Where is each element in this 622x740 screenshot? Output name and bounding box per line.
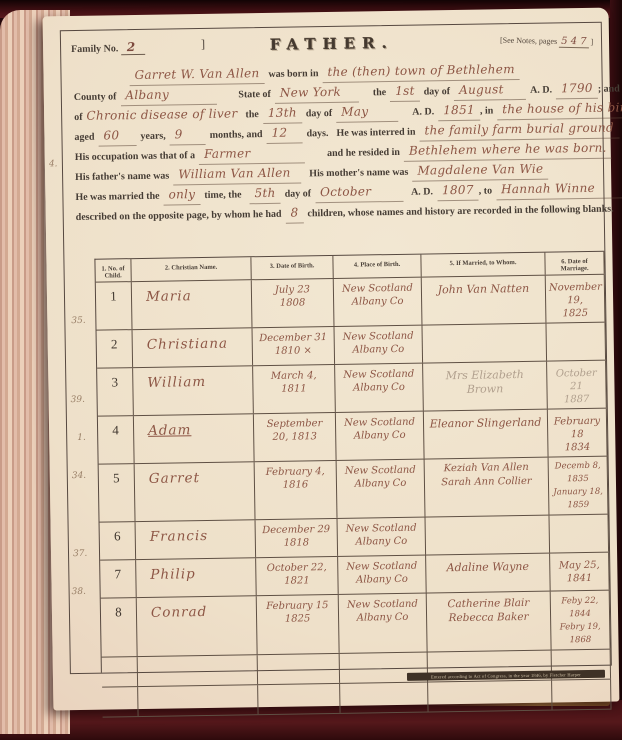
- cell-date-of-birth: December 31 1810 ×: [253, 327, 336, 365]
- grandfather-name: William Van Allen: [173, 163, 301, 185]
- register-page: Family No. 2 ] FATHER. [See Notes, pages…: [43, 8, 620, 711]
- cell-place-of-birth: New Scotland Albany Co: [336, 412, 425, 460]
- col-header-place-of-birth: 4. Place of Birth.: [333, 255, 421, 278]
- margin-number: 38.: [72, 587, 86, 597]
- residence-place: Bethlehem where he was born.: [404, 139, 612, 162]
- cell-date-of-birth: March 4, 1811: [253, 365, 336, 413]
- cell-date-of-marriage: Feby 22, 1844 Febry 19, 1868: [551, 591, 611, 650]
- empty-cell: [428, 681, 552, 712]
- cell-date-of-birth: December 29 1818: [256, 519, 339, 557]
- father-full-name: Garret W. Van Allen: [129, 64, 264, 86]
- cell-christian-name: Maria: [132, 280, 253, 329]
- cell-child-no: 4: [98, 416, 135, 464]
- table-row: 3 William March 4, 1811 New Scotland Alb…: [97, 361, 607, 417]
- cell-child-no: 8: [101, 598, 138, 657]
- day-of-label-2: day of: [306, 104, 333, 123]
- margin-number: 39.: [71, 395, 85, 405]
- died-label: ; and died: [598, 79, 622, 99]
- empty-cell: [102, 687, 138, 717]
- grandmother-name: Magdalene Van Wie: [412, 160, 548, 182]
- state-label: State of: [238, 85, 271, 105]
- death-place: the house of his birth.: [497, 98, 622, 120]
- cell-christian-name: Christiana: [133, 328, 254, 367]
- empty-cell: [258, 684, 340, 714]
- margin-number: 37.: [73, 549, 87, 559]
- empty-cell: [552, 680, 611, 710]
- years-label: years,: [140, 127, 166, 146]
- paragraph-margin-note: 4.: [49, 159, 58, 169]
- cell-christian-name: Francis: [136, 520, 257, 559]
- empty-cell: [138, 655, 258, 686]
- married-times: only: [163, 185, 200, 206]
- cell-date-of-birth: September 20, 1813: [254, 413, 337, 461]
- death-year: 1851: [438, 101, 480, 122]
- cell-married-to: Mrs Elizabeth Brown: [423, 362, 548, 411]
- marriage-day: 5th: [249, 184, 280, 204]
- spouse-name: Hannah Winne: [496, 178, 622, 200]
- aged-years: 60: [98, 126, 136, 147]
- ad-label-2: A. D.: [412, 102, 434, 121]
- county-value: Albany: [120, 85, 216, 107]
- table-row: 1 Maria July 23 1808 New Scotland Albany…: [96, 275, 606, 331]
- death-month: May: [336, 102, 398, 123]
- cell-married-to: Eleanor Slingerland: [424, 410, 549, 459]
- empty-cell: [258, 654, 340, 684]
- day-of-label-3: day of: [285, 184, 312, 203]
- col-header-if-married: 5. If Married, to Whom.: [421, 253, 545, 277]
- empty-cell: [138, 685, 258, 716]
- cell-child-no: 1: [96, 282, 133, 330]
- father-name-label: His father's name was: [75, 167, 169, 187]
- the-label-2: the: [245, 105, 259, 124]
- days-label: days.: [306, 124, 328, 143]
- in-label: , in: [480, 101, 494, 120]
- cell-date-of-birth: February 15 1825: [257, 595, 340, 654]
- cell-married-to: Catherine Blair Rebecca Baker: [427, 592, 552, 652]
- cell-child-no: 3: [97, 368, 134, 416]
- cell-married-to: Keziah Van Allen Sarah Ann Collier: [425, 458, 550, 517]
- col-header-child-no: 1. No. of Child.: [95, 259, 131, 282]
- marriage-year: 1807: [437, 181, 479, 202]
- see-notes-reference: [See Notes, pages 5 4 7 ]: [500, 35, 593, 48]
- described-post-label: children, whose names and history are re…: [307, 200, 613, 224]
- resided-label: and he resided in: [327, 143, 400, 163]
- described-pre-label: described on the opposite page, by whom …: [76, 205, 282, 227]
- cell-date-of-birth: July 23 1808: [252, 279, 335, 327]
- cell-married-to: [422, 324, 547, 363]
- see-notes-pages: 5 4 7: [559, 36, 589, 49]
- col-header-date-of-birth: 3. Date of Birth.: [251, 256, 333, 279]
- cell-place-of-birth: New Scotland Albany Co: [335, 364, 424, 412]
- copyright-text: Entered according to Act of Congress, in…: [431, 672, 581, 679]
- occupation-value: Farmer: [199, 143, 305, 165]
- cell-date-of-marriage: November 19, 1825: [546, 275, 606, 323]
- cell-child-no: 6: [100, 522, 137, 560]
- of-label: of: [74, 108, 83, 127]
- state-value: New York: [275, 83, 359, 104]
- margin-number: 35.: [71, 316, 85, 326]
- cell-christian-name: Philip: [136, 558, 257, 597]
- birth-day: 1st: [390, 82, 420, 102]
- ad-label: A. D.: [530, 80, 552, 99]
- empty-cell: [340, 683, 428, 713]
- margin-number: 1.: [77, 433, 86, 443]
- children-count: 8: [285, 203, 303, 223]
- aged-months: 9: [170, 125, 206, 146]
- margin-number: 34.: [72, 471, 86, 481]
- col-header-christian-name: 2. Christian Name.: [131, 257, 251, 281]
- birth-year: 1790: [556, 79, 598, 100]
- death-day: 13th: [263, 103, 302, 124]
- empty-cell: [102, 657, 138, 687]
- cell-christian-name: Adam: [134, 414, 255, 463]
- cell-married-to: [426, 516, 551, 555]
- months-label: months, and: [210, 125, 263, 145]
- cell-place-of-birth: New Scotland Albany Co: [334, 326, 423, 364]
- birth-month: August: [454, 80, 526, 101]
- cell-date-of-birth: February 4, 1816: [255, 461, 338, 519]
- interred-label: He was interred in: [336, 123, 415, 143]
- the-label: the: [373, 83, 387, 102]
- ad-label-3: A. D.: [411, 182, 433, 201]
- cell-married-to: John Van Natten: [422, 276, 547, 325]
- biography-form: Garret W. Van Allen was born in the (the…: [73, 59, 593, 227]
- cell-place-of-birth: New Scotland Albany Co: [339, 594, 428, 653]
- page-border-box: Family No. 2 ] FATHER. [See Notes, pages…: [60, 22, 612, 674]
- table-row: 8 Conrad February 15 1825 New Scotland A…: [101, 591, 611, 658]
- occupation-label: His occupation was that of a: [75, 146, 196, 167]
- cell-date-of-marriage: February 18 1834: [548, 409, 608, 457]
- married-label: He was married the: [75, 187, 159, 207]
- col-header-date-of-marriage: 6. Date of Marriage.: [545, 252, 604, 275]
- aged-label: aged: [74, 128, 94, 147]
- cell-date-of-marriage: [549, 515, 609, 553]
- cell-christian-name: William: [133, 366, 254, 415]
- see-notes-close: ]: [590, 37, 593, 46]
- cell-date-of-marriage: [546, 323, 606, 361]
- cell-child-no: 7: [100, 560, 137, 598]
- time-label: time, the: [204, 185, 242, 205]
- born-label: was born in: [268, 64, 318, 84]
- book-photo: Family No. 2 ] FATHER. [See Notes, pages…: [0, 0, 622, 740]
- see-notes-label: [See Notes, pages: [500, 36, 557, 46]
- table-row: 4 Adam September 20, 1813 New Scotland A…: [98, 409, 608, 465]
- cell-place-of-birth: New Scotland Albany Co: [334, 278, 423, 326]
- county-label: County of: [74, 87, 117, 107]
- cell-date-of-marriage: Decemb 8, 1835 January 18, 1859: [549, 457, 609, 515]
- cell-place-of-birth: New Scotland Albany Co: [338, 556, 427, 594]
- cell-christian-name: Garret: [135, 462, 256, 521]
- marriage-month: October: [315, 182, 403, 203]
- page-header: Family No. 2 ] FATHER. [See Notes, pages…: [69, 29, 595, 63]
- death-cause: Chronic disease of liver: [86, 104, 237, 125]
- to-label: , to: [479, 181, 493, 200]
- children-table: 1. No. of Child. 2. Christian Name. 3. D…: [94, 251, 610, 673]
- cell-christian-name: Conrad: [137, 596, 258, 656]
- cell-place-of-birth: New Scotland Albany Co: [337, 460, 426, 518]
- cell-child-no: 2: [97, 330, 134, 368]
- aged-days: 12: [266, 123, 302, 144]
- table-row: 5 Garret February 4, 1816 New Scotland A…: [99, 457, 609, 523]
- cell-married-to: Adaline Wayne: [426, 554, 551, 593]
- cell-place-of-birth: New Scotland Albany Co: [338, 518, 427, 556]
- cell-child-no: 5: [99, 464, 136, 522]
- day-of-label: day of: [424, 82, 451, 101]
- mother-name-label: His mother's name was: [309, 163, 408, 184]
- cell-date-of-marriage: May 25, 1841: [550, 553, 610, 591]
- cell-date-of-marriage: October 21 1887: [547, 361, 607, 409]
- cell-date-of-birth: October 22, 1821: [256, 557, 339, 595]
